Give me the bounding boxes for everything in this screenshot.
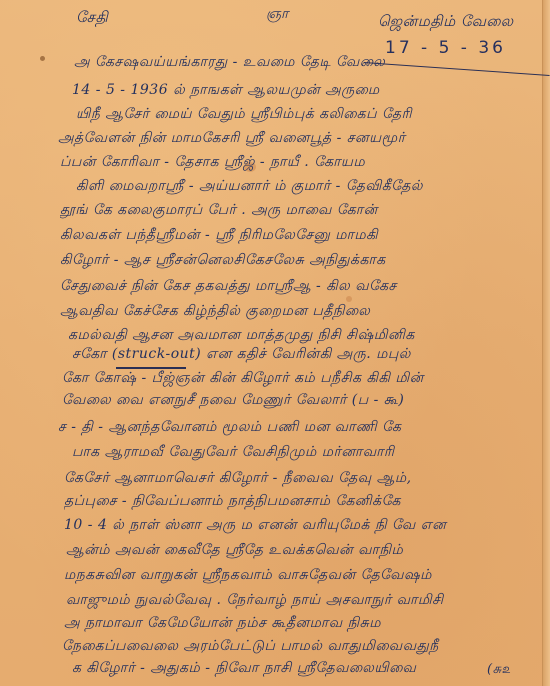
manuscript-line: கோ கோஷ் - பீஜ்ஞன் கின் கிழோர் கம் பநீசிக… xyxy=(62,370,540,388)
manuscript-line: சேதுவைச் நின் கேச தகவத்து மாஸ்ரீஆ - கில … xyxy=(60,278,540,296)
manuscript-line: 14 - 5 - 1936 ல் நாஙகள் ஆலயமுன் அருமை xyxy=(72,82,540,100)
manuscript-line: கிழோர் - ஆச ஸ்ரீசன்னெலசிகேசலேசு அநிதுக்க… xyxy=(60,252,540,270)
manuscript-page: சேதி ஞா ஜென்மதிம் வேலை 17 - 5 - 36 அ கேச… xyxy=(0,0,550,686)
manuscript-line: ப்பன் கோரிவா - தேசாக ஸ்ரீஜ் - நாயீ . கோய… xyxy=(60,154,540,172)
manuscript-line: ஆவதிவ கேச்சேக கிழ்ந்தில் குறைமன பதீநிலை xyxy=(60,303,540,321)
manuscript-line: தூங் கே கலைகுமாரப் பேர் . அரு மாவை கோன் xyxy=(60,202,540,220)
manuscript-line: க கிழோர் - அதுகம் - நிவோ நாசி ஸ்ரீதேவலைய… xyxy=(72,660,540,678)
paper-stain xyxy=(40,56,45,61)
paper-edge xyxy=(542,0,550,686)
manuscript-line: மநகசுவின வாறுகன் ஸ்ரீநகவாம் வாசுதேவன் தே… xyxy=(64,567,540,585)
page-number: (சு௨ xyxy=(487,662,511,678)
manuscript-line: கமல்வதி ஆசன அவமான மாத்தமுது நிசி சிஷ்மின… xyxy=(68,327,540,345)
manuscript-line: அ கேசஷவய்யங்காரது - உவமை தேடி வேலை xyxy=(74,54,540,72)
manuscript-line: தப்புசை - நிவேப்பனாம் நாத்நிபமனசாம் கேனி… xyxy=(64,493,540,511)
header-left-word: சேதி xyxy=(76,8,108,28)
manuscript-line: ச - தி - ஆனந்தவோனம் மூலம் பணி மன வாணி கே xyxy=(58,419,540,437)
manuscript-line: யிநீ ஆசேர் மைய் வேதும் ஸ்ரீபிம்புக் கலிக… xyxy=(76,106,540,124)
header-center-word: ஞா xyxy=(266,6,289,24)
manuscript-line: ஆன்ம் அவன் கைவீதே ஸ்ரீதே உவக்கவென் வாநிம… xyxy=(66,542,540,560)
manuscript-line: அத்வேளன் நின் மாமகேசரி ஸ்ரீ வனைபூத் - சன… xyxy=(58,130,540,148)
paper-stain xyxy=(346,296,352,302)
manuscript-line: கேசேர் ஆனாமாவெசர் கிழோர் - நீவைவ தேவு ஆம… xyxy=(64,470,540,488)
manuscript-line: வேலை வை எனநுசீ நவை மேணுர் வேலார் (ப - கூ… xyxy=(62,392,540,410)
strikethrough xyxy=(116,367,186,369)
manuscript-line: பாக ஆராமவீ வேதுவேர் வேசிநிமும் மர்னாவாரி xyxy=(72,444,540,462)
manuscript-line: அ நாமாவா கேமேயோன் நம்ச கூதீனமாவ நிசும xyxy=(64,615,540,633)
manuscript-line: நேகைப்பவைலை அரம்பேட்டுப் பாமல் வாதுமிவைவ… xyxy=(62,638,540,656)
header-title: ஜென்மதிம் வேலை xyxy=(378,12,514,32)
manuscript-line: வாஜுமம் நுவல்வேவு . நேர்வாழ் நாய் அசவாநு… xyxy=(66,592,540,610)
manuscript-line: கிலவகள் பந்தீஸ்ரீமன் - ஸ்ரீ நிரிமலேசேனு … xyxy=(60,227,540,245)
manuscript-line: சகோ (struck-out) என கதிச் வேரின்கி அரு. … xyxy=(72,346,540,364)
manuscript-line: 10 - 4 ல் நாள் ஸ்னா அரு ம எனன் வரியுமேக்… xyxy=(64,517,540,535)
manuscript-line: கிளி மைவறாஸ்ரீ - அய்யனார் ம் குமார் - தே… xyxy=(76,178,540,196)
